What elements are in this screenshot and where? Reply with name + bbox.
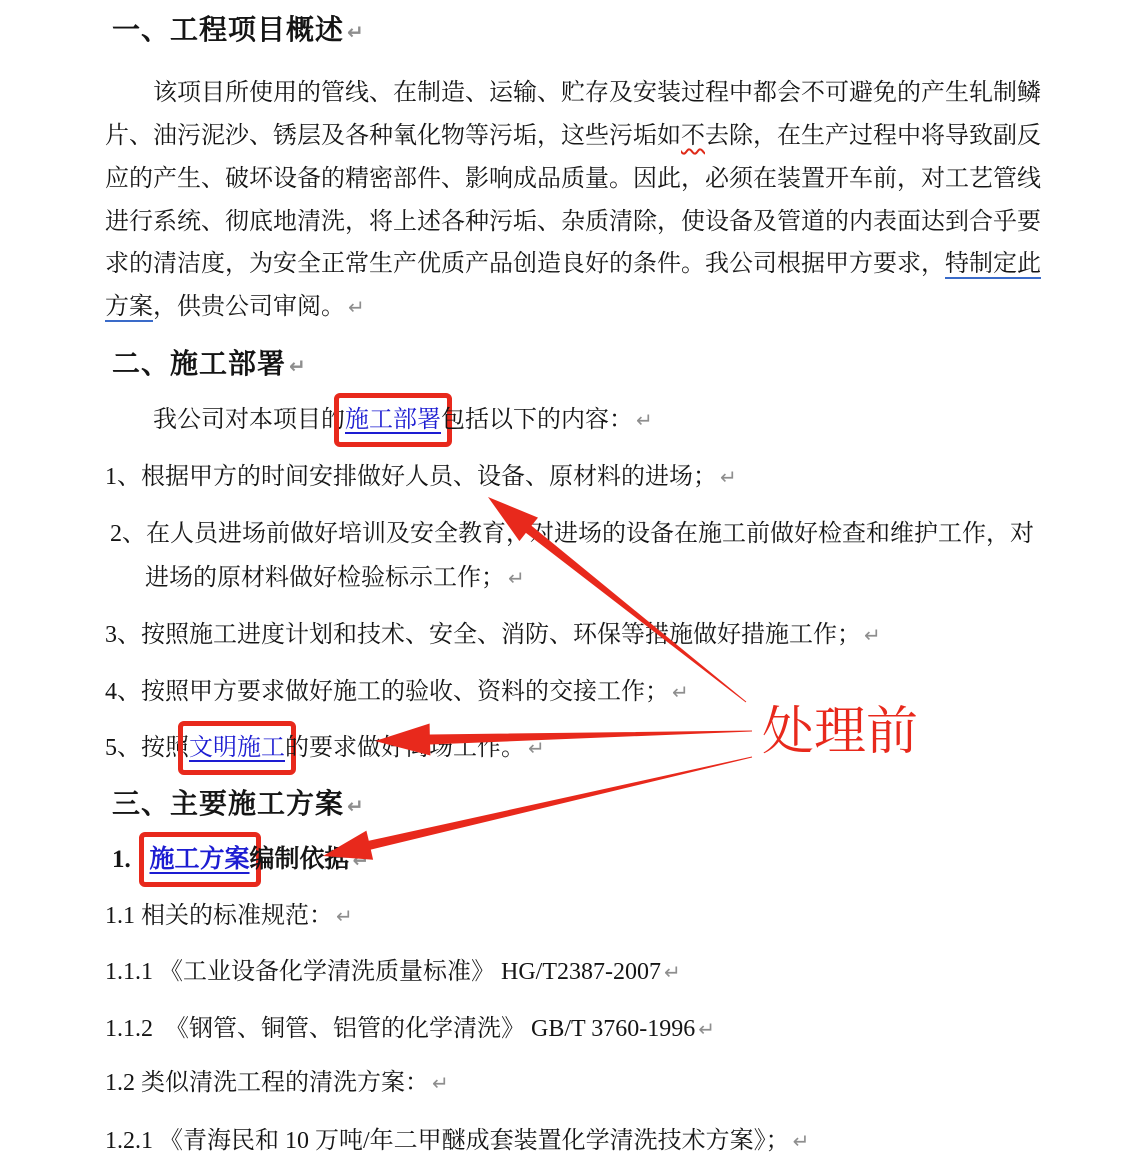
text-run: 4、按照甲方要求做好施工的验收、资料的交接工作；: [105, 679, 669, 705]
paragraph-line: 片、油污泥沙、锈层及各种氧化物等污垢，这些污垢如不去除，在生产过程中将导致副反: [105, 121, 1041, 152]
annotation-red-box: 施工部署: [334, 393, 452, 447]
text-run: 包括以下的内容：: [441, 407, 633, 433]
paragraph-mark-icon: ↵: [793, 1129, 810, 1153]
text-run: 该项目所使用的管线、在制造、运输、贮存及安装过程中都会不可避免的产生轧制鳞: [153, 80, 1041, 106]
paragraph-line: 方案，供贵公司审阅。↵: [105, 292, 365, 323]
text-run: 进行系统、彻底地清洗，将上述各种污垢、杂质清除，使设备及管道的内表面达到合乎要: [105, 209, 1041, 235]
text-run: 1.1.2 《钢管、铜管、铝管的化学清洗》 GB/T 3760-1996: [105, 1016, 695, 1042]
paragraph-mark-icon: ↵: [289, 354, 307, 378]
paragraph-mark-icon: ↵: [636, 408, 653, 432]
heading-1-bianzhi-yiju: 1. 施工方案编制依据↵: [112, 844, 369, 876]
paragraph-mark-icon: ↵: [508, 566, 525, 590]
paragraph-mark-icon: ↵: [348, 295, 365, 319]
paragraph-mark-icon: ↵: [720, 465, 737, 489]
list-item-2: 2、在人员进场前做好培训及安全教育，对进场的设备在施工前做好检查和维护工作，对: [110, 519, 1034, 550]
paragraph-mark-icon: ↵: [336, 904, 353, 928]
text-run: 片、油污泥沙、锈层及各种氧化物等污垢，这些污垢如: [105, 123, 681, 149]
arrow-to-shigongfangan-box: [323, 757, 752, 860]
text-run: 1、根据甲方的时间安排做好人员、设备、原材料的进场；: [105, 464, 717, 490]
clause-1-2-1: 1.2.1 《青海民和 10 万吨/年二甲醚成套装置化学清洗技术方案》；↵: [105, 1126, 809, 1157]
text-run: 1.2.1 《青海民和 10 万吨/年二甲醚成套装置化学清洗技术方案》；: [105, 1128, 790, 1154]
hyperlink-shigongfangan[interactable]: 施工方案: [150, 846, 250, 873]
text-run: 5、按照: [105, 735, 189, 761]
text-run: 三、主要施工方案: [112, 789, 344, 820]
text-run: 进场的原材料做好检验标示工作；: [145, 565, 505, 591]
text-run: 1.1.1 《工业设备化学清洗质量标准》 HG/T2387-2007: [105, 959, 661, 985]
text-run: 特制定此: [945, 251, 1041, 277]
text-run: ，供贵公司审阅。: [153, 294, 345, 320]
paragraph-mark-icon: ↵: [347, 794, 365, 818]
clause-1-1: 1.1 相关的标准规范：↵: [105, 901, 353, 932]
list-item-4: 4、按照甲方要求做好施工的验收、资料的交接工作；↵: [105, 677, 689, 708]
list-item-1: 1、根据甲方的时间安排做好人员、设备、原材料的进场；↵: [105, 462, 737, 493]
text-run: 编制依据: [250, 846, 350, 873]
text-run: 应的产生、破坏设备的精密部件、影响成品质量。因此，必须在装置开车前，对工艺管线: [105, 166, 1041, 192]
clause-1-1-2: 1.1.2 《钢管、铜管、铝管的化学清洗》 GB/T 3760-1996↵: [105, 1014, 715, 1045]
list-item-5: 5、按照文明施工的要求做好离场工作。↵: [105, 733, 545, 764]
annotation-red-box: 文明施工: [178, 721, 296, 775]
clause-1-1-1: 1.1.1 《工业设备化学清洗质量标准》 HG/T2387-2007↵: [105, 957, 681, 988]
paragraph-mark-icon: ↵: [672, 680, 689, 704]
text-run: 去除，在生产过程中将导致副反: [705, 123, 1041, 149]
text-run: 3、按照施工进度计划和技术、安全、消防、环保等措施做好措施工作；: [105, 622, 861, 648]
paragraph-mark-icon: ↵: [432, 1071, 449, 1095]
text-run: 1.1 相关的标准规范：: [105, 903, 333, 929]
clause-1-2: 1.2 类似清洗工程的清洗方案：↵: [105, 1068, 449, 1099]
paragraph-line: 进行系统、彻底地清洗，将上述各种污垢、杂质清除，使设备及管道的内表面达到合乎要: [105, 207, 1041, 238]
paragraph-line: 应的产生、破坏设备的精密部件、影响成品质量。因此，必须在装置开车前，对工艺管线: [105, 164, 1041, 195]
text-run: 我公司对本项目的: [153, 407, 345, 433]
paragraph-mark-icon: ↵: [864, 623, 881, 647]
paragraph-line: 求的清洁度，为安全正常生产优质产品创造良好的条件。我公司根据甲方要求，特制定此: [105, 249, 1041, 280]
text-run: 1.2 类似清洗工程的清洗方案：: [105, 1070, 429, 1096]
annotation-red-box: 施工方案: [139, 832, 261, 887]
heading-section-3: 三、主要施工方案↵: [112, 788, 365, 823]
list-item-2-wrap: 进场的原材料做好检验标示工作；↵: [145, 563, 525, 594]
text-run: 一、工程项目概述: [112, 15, 344, 46]
paragraph-mark-icon: ↵: [528, 736, 545, 760]
text-run: 二、施工部署: [112, 349, 286, 380]
text-run: 求的清洁度，为安全正常生产优质产品创造良好的条件。我公司根据甲方要求，: [105, 251, 945, 277]
paragraph-mark-icon: ↵: [353, 848, 370, 872]
paragraph-mark-icon: ↵: [664, 960, 681, 984]
paragraph-line: 该项目所使用的管线、在制造、运输、贮存及安装过程中都会不可避免的产生轧制鳞: [153, 78, 1041, 109]
heading-section-1: 一、工程项目概述↵: [112, 14, 365, 49]
text-run: 的要求做好离场工作。: [285, 735, 525, 761]
hyperlink-wenmingshigong[interactable]: 文明施工: [189, 735, 285, 761]
text-run: 2、在人员进场前做好培训及安全教育，对进场的设备在施工前做好检查和维护工作，对: [110, 521, 1034, 547]
annotation-label: 处理前: [762, 704, 918, 760]
paragraph-mark-icon: ↵: [347, 20, 365, 44]
text-run: 方案: [105, 294, 153, 320]
hyperlink-shigongbushu[interactable]: 施工部署: [345, 407, 441, 433]
text-run: 不: [681, 123, 705, 149]
paragraph-mark-icon: ↵: [698, 1017, 715, 1041]
list-item-3: 3、按照施工进度计划和技术、安全、消防、环保等措施做好措施工作；↵: [105, 620, 881, 651]
heading-section-2: 二、施工部署↵: [112, 348, 307, 383]
word-document-page: 一、工程项目概述↵该项目所使用的管线、在制造、运输、贮存及安装过程中都会不可避免…: [0, 0, 1147, 1161]
paragraph-line: 我公司对本项目的施工部署包括以下的内容：↵: [153, 405, 653, 436]
